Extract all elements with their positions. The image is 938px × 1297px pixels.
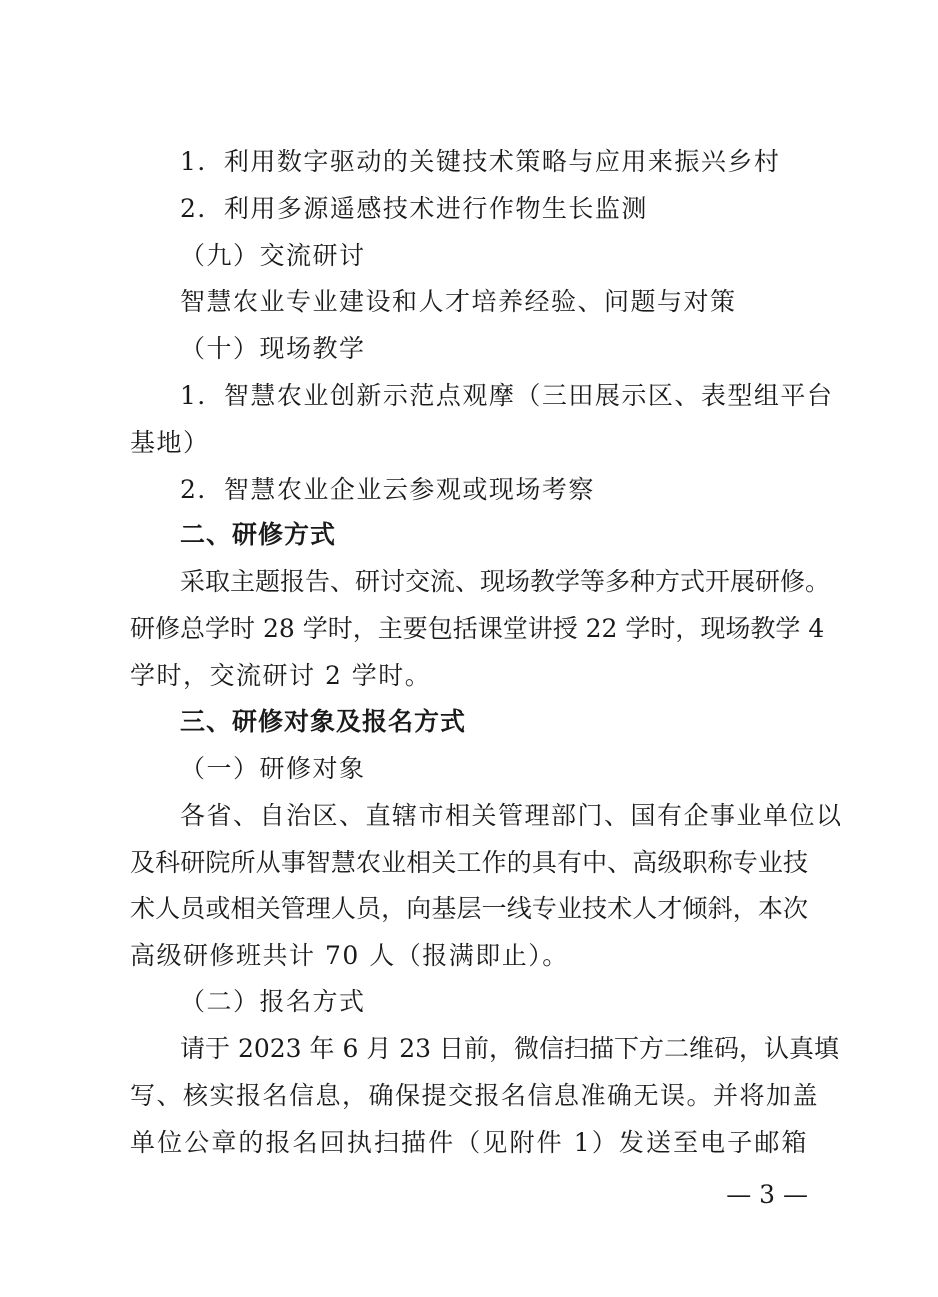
paragraph-line: 各省、自治区、直辖市相关管理部门、国有企事业单位以: [180, 801, 808, 831]
list-item-1: 1．利用数字驱动的关键技术策略与应用来振兴乡村: [180, 147, 808, 177]
subheading-1: （一）研修对象: [180, 754, 858, 784]
paragraph-line: 高级研修班共计 70 人（报满即止）。: [130, 941, 808, 971]
subheading-10: （十）现场教学: [180, 334, 858, 364]
paragraph-line: 及科研院所从事智慧农业相关工作的具有中、高级职称专业技: [130, 848, 808, 878]
list-item-1: 1．智慧农业创新示范点观摩（三田展示区、表型组平台: [180, 381, 808, 411]
list-item-2: 2．利用多源遥感技术进行作物生长监测: [180, 194, 808, 224]
paragraph-line: 请于 2023 年 6 月 23 日前，微信扫描下方二维码，认真填: [180, 1034, 808, 1064]
paragraph-line: 学时，交流研讨 2 学时。: [130, 661, 808, 691]
subheading-9: （九）交流研讨: [180, 241, 858, 271]
document-page: 1．利用数字驱动的关键技术策略与应用来振兴乡村 2．利用多源遥感技术进行作物生长…: [0, 0, 938, 1297]
section-heading-3: 三、研修对象及报名方式: [180, 707, 808, 737]
paragraph-line: 单位公章的报名回执扫描件（见附件 1）发送至电子邮箱: [130, 1128, 808, 1158]
section-heading-2: 二、研修方式: [180, 520, 808, 550]
paragraph-line: 写、核实报名信息，确保提交报名信息准确无误。并将加盖: [130, 1081, 808, 1111]
paragraph-line: 采取主题报告、研讨交流、现场教学等多种方式开展研修。: [180, 567, 808, 597]
list-item-1-cont: 基地）: [130, 428, 808, 458]
paragraph-line: 研修总学时 28 学时，主要包括课堂讲授 22 学时，现场教学 4: [130, 614, 808, 644]
page-number: — 3 —: [720, 1180, 808, 1210]
list-item-2: 2．智慧农业企业云参观或现场考察: [180, 475, 808, 505]
subheading-2: （二）报名方式: [180, 987, 858, 1017]
paragraph-line: 术人员或相关管理人员，向基层一线专业技术人才倾斜，本次: [130, 894, 808, 924]
paragraph-line: 智慧农业专业建设和人才培养经验、问题与对策: [180, 287, 808, 317]
